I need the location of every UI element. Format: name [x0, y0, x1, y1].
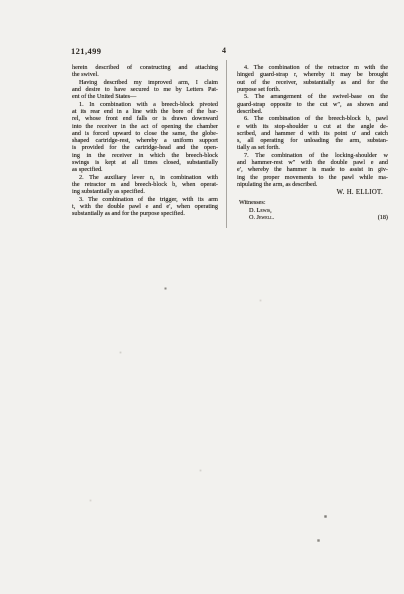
witness-row: D. Lewis, [237, 207, 388, 214]
text-line: scribed, and hammer d with its point u′ … [237, 130, 388, 137]
text-line: as specified. [72, 166, 218, 173]
right-column-lines: 4. The combination of the retractor m wi… [237, 64, 388, 188]
text-line: is provided for the cartridge-head and t… [72, 144, 218, 151]
text-line: described. [237, 108, 388, 115]
text-line: ing substantially as specified. [72, 188, 218, 195]
text-line: e with its stop-shoulder u cut at the an… [237, 123, 388, 130]
text-line: guard-strap opposite to the cut w″, as s… [237, 101, 388, 108]
text-line: tially as set forth. [237, 144, 388, 151]
patent-document-page: 121,499 4 herein described of constructi… [0, 0, 404, 594]
text-line: 2. The auxiliary lever n, in combination… [72, 174, 218, 181]
page-number: 4 [222, 46, 226, 55]
text-line: and is forced upward to close the same, … [72, 130, 218, 137]
text-line: t, with the double pawl e and e′, when o… [72, 203, 218, 210]
text-line: rel, whose front end falls or is drawn d… [72, 115, 218, 122]
text-line: purpose set forth. [237, 86, 388, 93]
witness-row: O. Jewell. (18) [237, 214, 388, 221]
text-line: ing in the receiver in which the breech-… [72, 152, 218, 159]
text-line: and desire to have secured to me by Lett… [72, 86, 218, 93]
text-line: 7. The combination of the locking-should… [237, 152, 388, 159]
text-line: e′, whereby the hammer is made to assist… [237, 166, 388, 173]
text-line: 1. In combination with a breech-block pi… [72, 101, 218, 108]
text-line: at its rear end in a line with the bore … [72, 108, 218, 115]
text-line: the retractor m and breech-block b, when… [72, 181, 218, 188]
column-divider-rule [226, 60, 227, 228]
text-line: 4. The combination of the retractor m wi… [237, 64, 388, 71]
witness-name: D. Lewis, [249, 207, 272, 214]
text-line: the swivel. [72, 71, 218, 78]
text-line: ent of the United States— [72, 93, 218, 100]
print-note: (18) [378, 214, 388, 221]
right-text-column: 4. The combination of the retractor m wi… [237, 64, 388, 221]
text-line: 6. The combination of the breech-block b… [237, 115, 388, 122]
text-line: 5. The arrangement of the swivel-base on… [237, 93, 388, 100]
text-line: hinged guard-strap r, whereby it may be … [237, 71, 388, 78]
text-line: 3. The combination of the trigger, with … [72, 196, 218, 203]
text-line: Having described my improved arm, I clai… [72, 79, 218, 86]
text-line: shaped cartridge-rest, whereby a uniform… [72, 137, 218, 144]
text-line: s, all operating for unloading the arm, … [237, 137, 388, 144]
scan-noise [0, 0, 1, 1]
text-line: and hammer-rest w″ with the double pawl … [237, 159, 388, 166]
text-line: nipulating the arm, as described. [237, 181, 388, 188]
text-line: herein described of constructing and att… [72, 64, 218, 71]
inventor-signature: W. H. ELLIOT. [237, 189, 388, 197]
text-line: swings is kept at all times closed, subs… [72, 159, 218, 166]
text-line: into the receiver in the act of opening … [72, 123, 218, 130]
text-line: out of the receiver, substantially as an… [237, 79, 388, 86]
patent-number: 121,499 [71, 46, 101, 56]
witness-name: O. Jewell. [249, 214, 274, 221]
witnesses-label: Witnesses: [237, 199, 388, 206]
text-line: ing the proper movements to the pawl whi… [237, 174, 388, 181]
text-line: substantially as and for the purpose spe… [72, 210, 218, 217]
left-text-column: herein described of constructing and att… [72, 64, 218, 218]
